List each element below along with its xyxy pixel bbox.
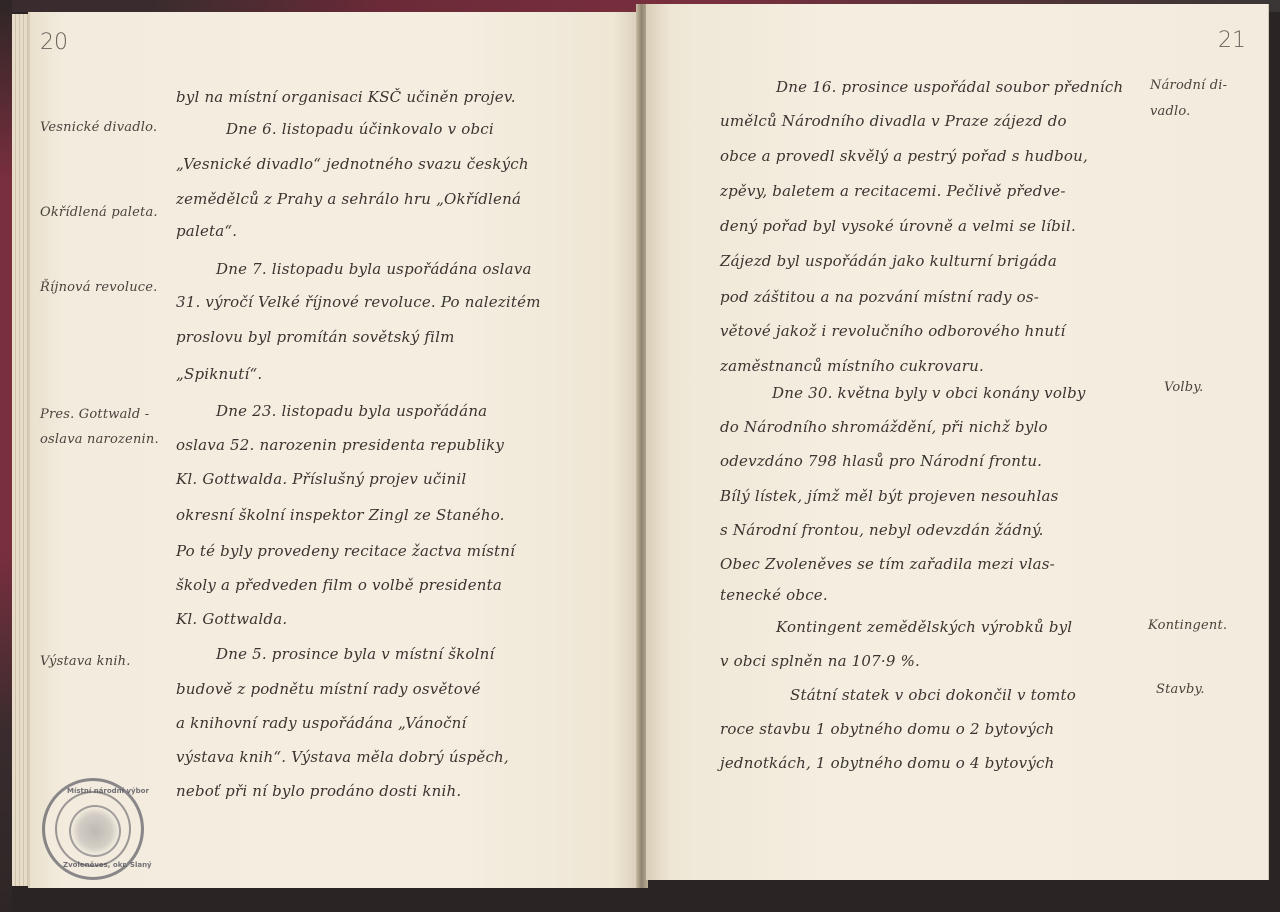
- text-line: dený pořad byl vysoké úrovně a velmi se …: [720, 217, 1076, 235]
- text-line: pod záštitou a na pozvání místní rady os…: [720, 288, 1039, 306]
- margin-note-kontingent: Kontingent.: [1148, 618, 1227, 633]
- official-stamp: Místní národní výbor Zvoleněves, okr. Sl…: [42, 778, 144, 880]
- text-line: Kontingent zemědělských výrobků byl: [776, 618, 1072, 636]
- text-line: Bílý lístek, jímž měl být projeven nesou…: [720, 487, 1059, 505]
- text-line: Dne 16. prosince uspořádal soubor přední…: [776, 78, 1123, 96]
- text-line: byl na místní organisaci KSČ učiněn proj…: [176, 88, 516, 106]
- book-cover-left: [0, 0, 12, 912]
- text-line: Kl. Gottwalda.: [176, 610, 287, 628]
- text-line: zemědělců z Prahy a sehrálo hru „Okřídle…: [176, 190, 521, 208]
- page-number-left: 20: [40, 30, 68, 55]
- text-line: zpěvy, baletem a recitacemi. Pečlivě pře…: [720, 182, 1066, 200]
- text-line: s Národní frontou, nebyl odevzdán žádný.: [720, 521, 1044, 539]
- text-line: a knihovní rady uspořádána „Vánoční: [176, 714, 467, 732]
- margin-note-vystava-knih: Výstava knih.: [40, 654, 131, 669]
- margin-note-okridlena-paleta: Okřídlená paleta.: [40, 205, 158, 220]
- margin-note-vesnicke-divadlo: Vesnické divadlo.: [40, 120, 157, 135]
- margin-note-volby: Volby.: [1164, 380, 1203, 395]
- margin-note-pres-gottwald: Pres. Gottwald -: [40, 407, 149, 422]
- text-line: odevzdáno 798 hlasů pro Národní frontu.: [720, 452, 1042, 470]
- text-line: Dne 30. května byly v obci konány volby: [772, 384, 1086, 402]
- text-line: Dne 5. prosince byla v místní školní: [216, 645, 495, 663]
- text-line: školy a předveden film o volbě president…: [176, 576, 502, 594]
- text-line: budově z podnětu místní rady osvětové: [176, 680, 481, 698]
- margin-note-narodni-divadlo-2: vadlo.: [1150, 104, 1191, 119]
- page-number-right: 21: [1218, 28, 1246, 53]
- text-line: v obci splněn na 107·9 %.: [720, 652, 920, 670]
- text-line: „Vesnické divadlo“ jednotného svazu česk…: [176, 155, 529, 173]
- text-line: obce a provedl skvělý a pestrý pořad s h…: [720, 147, 1088, 165]
- text-line: Obec Zvoleněves se tím zařadila mezi vla…: [720, 555, 1055, 573]
- stamp-top-text: Místní národní výbor: [67, 787, 149, 795]
- text-line: do Národního shromáždění, při nichž bylo: [720, 418, 1048, 436]
- text-line: Státní statek v obci dokončil v tomto: [790, 686, 1076, 704]
- stamp-bottom-text: Zvoleněves, okr. Slaný: [63, 861, 152, 869]
- text-line: paleta“.: [176, 222, 237, 240]
- text-line: Zájezd byl uspořádán jako kulturní brigá…: [720, 252, 1057, 270]
- text-line: umělců Národního divadla v Praze zájezd …: [720, 112, 1067, 130]
- text-line: Kl. Gottwalda. Příslušný projev učinil: [176, 470, 466, 488]
- margin-note-narodni-divadlo-1: Národní di-: [1150, 78, 1227, 93]
- text-line: 31. výročí Velké říjnové revoluce. Po na…: [176, 293, 541, 311]
- text-line: výstava knih“. Výstava měla dobrý úspěch…: [176, 748, 509, 766]
- right-page: [646, 4, 1269, 880]
- text-line: tenecké obce.: [720, 586, 828, 604]
- text-line: zaměstnanců místního cukrovaru.: [720, 357, 984, 375]
- text-line: Po té byly provedeny recitace žactva mís…: [176, 542, 515, 560]
- text-line: neboť při ní bylo prodáno dosti knih.: [176, 782, 461, 800]
- text-line: roce stavbu 1 obytného domu o 2 bytových: [720, 720, 1054, 738]
- text-line: „Spiknutí“.: [176, 365, 262, 383]
- margin-note-oslava-narozenin: oslava narozenin.: [40, 432, 159, 447]
- text-line: Dne 7. listopadu byla uspořádána oslava: [216, 260, 532, 278]
- margin-note-rijnova-revoluce: Říjnová revoluce.: [40, 280, 158, 295]
- text-line: větové jakož i revolučního odborového hn…: [720, 322, 1066, 340]
- margin-note-stavby: Stavby.: [1156, 682, 1205, 697]
- stamp-emblem-icon: [69, 805, 121, 857]
- text-line: oslava 52. narozenin presidenta republik…: [176, 436, 504, 454]
- text-line: proslovu byl promítán sovětský film: [176, 328, 455, 346]
- text-line: jednotkách, 1 obytného domu o 4 bytových: [720, 754, 1054, 772]
- text-line: Dne 23. listopadu byla uspořádána: [216, 402, 487, 420]
- text-line: Dne 6. listopadu účinkovalo v obci: [226, 120, 494, 138]
- text-line: okresní školní inspektor Zingl ze Stanéh…: [176, 506, 505, 524]
